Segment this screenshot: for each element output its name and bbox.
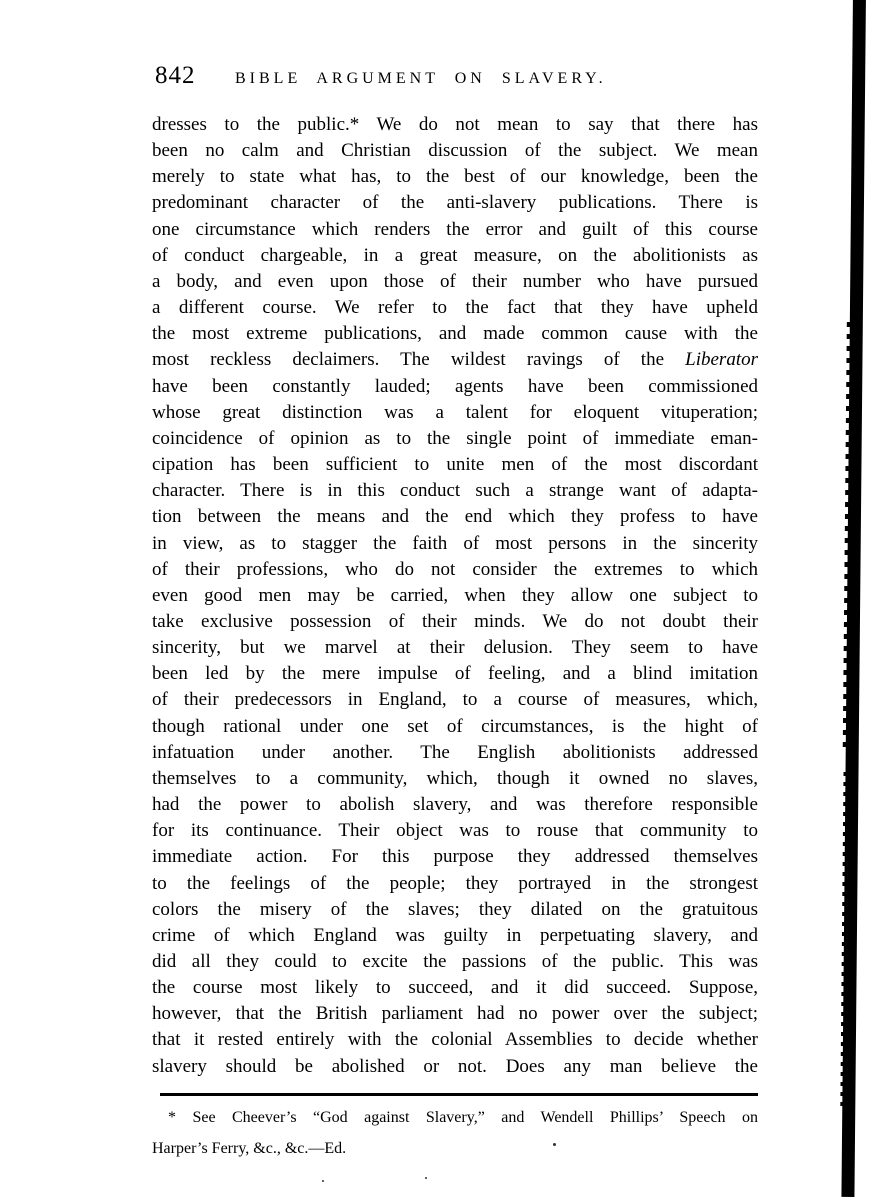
page-number: 842 xyxy=(155,62,196,90)
binding-shadow xyxy=(841,0,866,1197)
text-line: predominant character of the anti-slaver… xyxy=(152,190,758,216)
text-line: have been constantly lauded; agents have… xyxy=(152,374,758,400)
running-title: BIBLE ARGUMENT ON SLAVERY. xyxy=(235,70,607,88)
text-line: coincidence of opinion as to the single … xyxy=(152,426,758,452)
text-line: a different course. We refer to the fact… xyxy=(152,295,758,321)
footnote: * See Cheever’s “God against Slavery,” a… xyxy=(152,1102,758,1164)
text-line: in view, as to stagger the faith of most… xyxy=(152,531,758,557)
scan-speck xyxy=(322,1180,324,1182)
text-line: been no calm and Christian discussion of… xyxy=(152,138,758,164)
book-page: 842 BIBLE ARGUMENT ON SLAVERY. dresses t… xyxy=(0,0,887,1200)
text-line: infatuation under another. The English a… xyxy=(152,740,758,766)
text-line: of their predecessors in England, to a c… xyxy=(152,687,758,713)
text-line: slavery should be abolished or not. Does… xyxy=(152,1054,758,1080)
text-line: did all they could to excite the passion… xyxy=(152,949,758,975)
text-line: whose great distinction was a talent for… xyxy=(152,400,758,426)
text-line: themselves to a community, which, though… xyxy=(152,766,758,792)
footnote-rule xyxy=(160,1093,758,1096)
text-line: immediate action. For this purpose they … xyxy=(152,844,758,870)
text-line: character. There is in this conduct such… xyxy=(152,478,758,504)
text-line: for its continuance. Their object was to… xyxy=(152,818,758,844)
text-line: cipation has been sufficient to unite me… xyxy=(152,452,758,478)
footnote-line: Harper’s Ferry, &c., &c.—Ed. xyxy=(152,1133,758,1164)
text-line: most reckless declaimers. The wildest ra… xyxy=(152,347,758,373)
text-line: dresses to the public.* We do not mean t… xyxy=(152,112,758,138)
text-line: the course most likely to succeed, and i… xyxy=(152,975,758,1001)
text-line: however, that the British parliament had… xyxy=(152,1001,758,1027)
text-line: had the power to abolish slavery, and wa… xyxy=(152,792,758,818)
text-line: been led by the mere impulse of feeling,… xyxy=(152,661,758,687)
scan-speck xyxy=(553,1143,556,1146)
body-text: dresses to the public.* We do not mean t… xyxy=(152,112,758,1080)
text-line: tion between the means and the end which… xyxy=(152,504,758,530)
text-line: though rational under one set of circums… xyxy=(152,714,758,740)
text-line: even good men may be carried, when they … xyxy=(152,583,758,609)
scan-speck xyxy=(425,1177,427,1179)
text-line: that it rested entirely with the colonia… xyxy=(152,1027,758,1053)
text-line: colors the misery of the slaves; they di… xyxy=(152,897,758,923)
footnote-line: * See Cheever’s “God against Slavery,” a… xyxy=(152,1102,758,1133)
text-line: of conduct chargeable, in a great measur… xyxy=(152,243,758,269)
text-line: the most extreme publications, and made … xyxy=(152,321,758,347)
text-line: crime of which England was guilty in per… xyxy=(152,923,758,949)
text-line: to the feelings of the people; they port… xyxy=(152,871,758,897)
text-line: a body, and even upon those of their num… xyxy=(152,269,758,295)
text-line: one circumstance which renders the error… xyxy=(152,217,758,243)
text-line: sincerity, but we marvel at their delusi… xyxy=(152,635,758,661)
text-line: take exclusive possession of their minds… xyxy=(152,609,758,635)
text-line: of their professions, who do not conside… xyxy=(152,557,758,583)
text-line: merely to state what has, to the best of… xyxy=(152,164,758,190)
